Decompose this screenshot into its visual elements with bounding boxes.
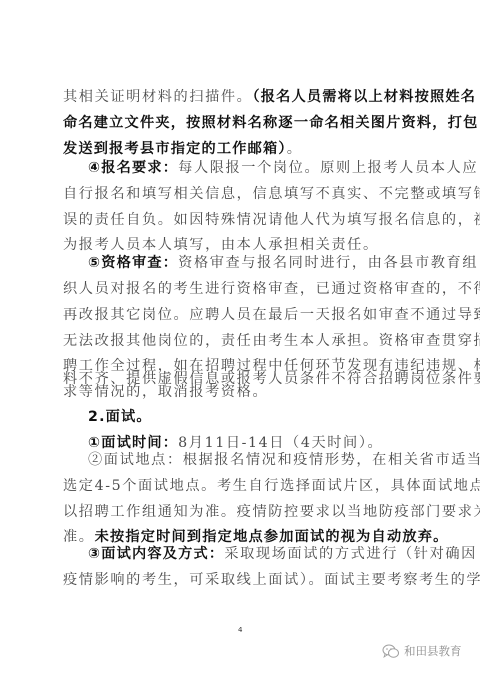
text-segment: 再改报其它岗位。应聘人员在最后一天报名如审查不通过导致 [63,307,480,323]
text-line: ⑤资格审查：资格审查与报名同时进行，由各县市教育组 [88,250,417,276]
text-segment: 自行报名和填写相关信息，信息填写不真实、不完整或填写错 [63,186,480,202]
text-line: 自行报名和填写相关信息，信息填写不真实、不完整或填写错 [63,181,417,207]
text-segment: 误的责任自负。如因特殊情况请他人代为填写报名信息的，视 [63,212,480,228]
text-segment: 每人限报一个岗位。原则上报考人员本人应 [178,160,478,176]
text-segment-bold: 命名建立文件夹，按照材料名称逐一命名相关图片资料，打包 [63,115,478,131]
text-line: 织人员对报名的考生进行资格审查，已通过资格审查的，不得 [63,276,417,302]
text-line: ②面试地点：根据报名情况和疫情形势，在相关省市适当 [88,447,417,473]
text-line: ④报名要求：每人限报一个岗位。原则上报考人员本人应 [88,155,417,181]
text-segment-bold: ⑤资格审查： [88,255,178,271]
text-line: 以招聘工作组通知为准。疫情防控要求以当地防疫部门要求为 [63,499,417,525]
watermark: 和田县教育 [382,643,462,659]
page-number: 4 [238,626,242,634]
text-segment-bold: ④报名要求： [88,160,178,176]
text-line: ③面试内容及方式：采取现场面试的方式进行（针对确因 [88,541,417,567]
text-segment: 资格审查与报名同时进行，由各县市教育组 [178,255,478,271]
text-line: 选定4-5个面试地点。考生自行选择面试片区，具体面试地点 [63,473,417,499]
text-segment: 求等情况的，取消报考资格。 [63,384,268,400]
text-line: 求等情况的，取消报考资格。 [63,379,417,405]
text-line: 其相关证明材料的扫描件。（报名人员需将以上材料按照姓名 [63,84,417,110]
text-segment-bold: ③面试内容及方式： [88,546,224,562]
text-line: 无法改报其他岗位的，责任由考生本人承担。资格审查贯穿招 [63,328,417,354]
text-line: 疫情影响的考生，可采取线上面试）。面试主要考察考生的学 [63,567,417,593]
text-segment: 无法改报其他岗位的，责任由考生本人承担。资格审查贯穿招 [63,333,480,349]
text-segment: 织人员对报名的考生进行资格审查，已通过资格审查的，不得 [63,281,480,297]
text-segment: 采取现场面试的方式进行（针对确因 [224,546,477,562]
text-segment: ②面试地点：根据报名情况和疫情形势，在相关省市适当 [88,452,480,468]
text-segment: 以招聘工作组通知为准。疫情防控要求以当地防疫部门要求为 [63,504,480,520]
wechat-icon [382,644,400,659]
text-segment-bold: 2.面试。 [88,409,152,425]
text-line: 再改报其它岗位。应聘人员在最后一天报名如审查不通过导致 [63,302,417,328]
text-segment: 疫情影响的考生，可采取线上面试）。面试主要考察考生的学 [63,572,480,588]
watermark-text: 和田县教育 [404,643,462,659]
text-line: 命名建立文件夹，按照材料名称逐一命名相关图片资料，打包 [63,110,417,136]
text-segment: 其相关证明材料的扫描件。 [63,89,252,105]
text-segment-bold: （报名人员需将以上材料按照姓名 [252,89,476,105]
text-line: 误的责任自负。如因特殊情况请他人代为填写报名信息的，视 [63,207,417,233]
document-page: 其相关证明材料的扫描件。（报名人员需将以上材料按照姓名 命名建立文件夹，按照材料… [0,0,480,678]
section-heading: 2.面试。 [88,404,417,430]
text-segment: 选定4-5个面试地点。考生自行选择面试片区，具体面试地点 [63,478,480,494]
